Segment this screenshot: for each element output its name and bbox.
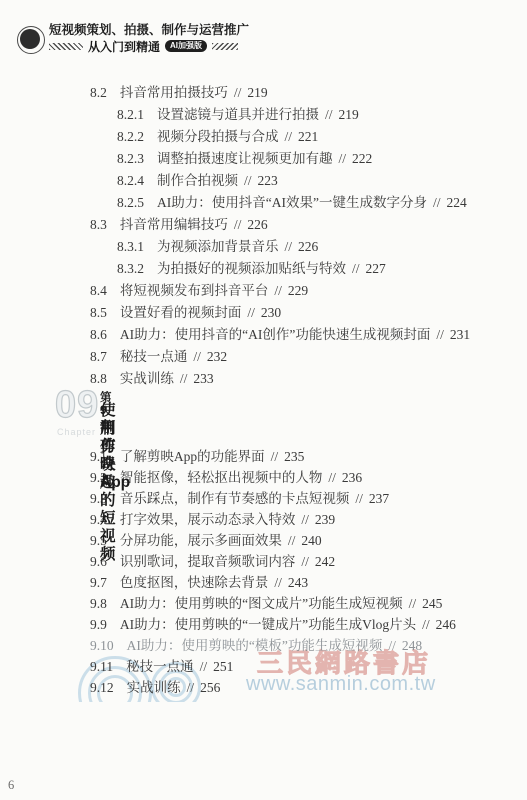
toc-entry-page: 226 (298, 239, 318, 254)
toc-entry-page: 243 (288, 575, 308, 590)
toc-entry-title: 识别歌词，提取音频歌词内容 (120, 554, 296, 569)
toc-entry-title: 设置好看的视频封面 (120, 305, 242, 320)
page-separator: // (355, 491, 363, 506)
toc-entry-title: 制作合拍视频 (157, 173, 238, 188)
toc-entry-number: 8.4 (90, 283, 107, 298)
toc-entry-title: 秘技一点通 (120, 349, 188, 364)
toc-entry-page: 237 (369, 491, 389, 506)
toc-entry-number: 9.9 (90, 617, 107, 632)
toc-row: 9.3音乐踩点，制作有节奏感的卡点短视频//237 (0, 488, 527, 509)
toc-row: 8.4将短视频发布到抖音平台//229 (0, 280, 527, 302)
toc-row: 9.9AI助力：使用剪映的“一键成片”功能生成Vlog片头//246 (0, 614, 527, 635)
toc-entry-page: 222 (352, 151, 372, 166)
toc-entry-page: 248 (402, 638, 422, 653)
page-separator: // (388, 638, 396, 653)
page-separator: // (200, 659, 208, 674)
toc-row: 9.6识别歌词，提取音频歌词内容//242 (0, 551, 527, 572)
toc-row: 8.5设置好看的视频封面//230 (0, 302, 527, 324)
toc-entry-title: 为视频添加背景音乐 (157, 239, 279, 254)
page-separator: // (409, 596, 417, 611)
toc-entry-number: 8.2.5 (117, 195, 144, 210)
toc-row: 8.2.4制作合拍视频//223 (0, 170, 527, 192)
toc-entry-title: 设置滤镜与道具并进行拍摄 (157, 107, 319, 122)
page-separator: // (180, 371, 188, 386)
toc-entry-page: 235 (284, 449, 304, 464)
page-separator: // (274, 575, 282, 590)
toc-entry-page: 223 (258, 173, 278, 188)
toc-row: 9.2智能抠像，轻松抠出视频中的人物//236 (0, 467, 527, 488)
page-separator: // (325, 107, 333, 122)
page-number: 6 (8, 778, 14, 793)
toc-entry-number: 8.2.2 (117, 129, 144, 144)
page-separator: // (274, 283, 282, 298)
toc-entry-number: 8.7 (90, 349, 107, 364)
book-logo-icon (17, 26, 45, 54)
toc-entry-title: AI助力：使用剪映的“模板”功能生成短视频 (127, 638, 383, 653)
toc-entry-page: 226 (247, 217, 267, 232)
page-separator: // (285, 239, 293, 254)
page-separator: // (187, 680, 195, 695)
toc-entry-title: 智能抠像，轻松抠出视频中的人物 (120, 470, 323, 485)
toc-entry-page: 219 (247, 85, 267, 100)
toc-row: 8.2.1设置滤镜与道具并进行拍摄//219 (0, 104, 527, 126)
toc-row: 8.7秘技一点通//232 (0, 346, 527, 368)
toc-entry-page: 246 (436, 617, 456, 632)
toc-row: 8.2.3调整拍摄速度让视频更加有趣//222 (0, 148, 527, 170)
page-separator: // (285, 129, 293, 144)
toc-entry-page: 224 (447, 195, 467, 210)
page-separator: // (422, 617, 430, 632)
toc-entry-title: 色度抠图，快速除去背景 (120, 575, 269, 590)
toc-section-9: 9.1了解剪映App的功能界面//2359.2智能抠像，轻松抠出视频中的人物//… (0, 446, 527, 698)
toc-entry-page: 230 (261, 305, 281, 320)
toc-row: 9.8AI助力：使用剪映的“图文成片”功能生成短视频//245 (0, 593, 527, 614)
toc-row: 9.10AI助力：使用剪映的“模板”功能生成短视频//248 (0, 635, 527, 656)
chapter-number-large: 09 (55, 386, 99, 424)
toc-entry-number: 8.6 (90, 327, 107, 342)
toc-entry-page: 240 (301, 533, 321, 548)
toc-section-8: 8.2抖音常用拍摄技巧//2198.2.1设置滤镜与道具并进行拍摄//2198.… (0, 82, 527, 390)
page-separator: // (244, 173, 252, 188)
toc-entry-title: 将短视频发布到抖音平台 (120, 283, 269, 298)
toc-row: 8.2.5AI助力：使用抖音“AI效果”一键生成数字分身//224 (0, 192, 527, 214)
hatch-left-decoration (49, 43, 83, 50)
toc-row: 8.2.2视频分段拍摄与合成//221 (0, 126, 527, 148)
ai-edition-badge: AI加强版 (165, 40, 207, 52)
chapter-title-line2: 制作奇趣的短视频 (100, 420, 116, 564)
page-separator: // (433, 195, 441, 210)
toc-entry-title: 音乐踩点，制作有节奏感的卡点短视频 (120, 491, 350, 506)
toc-entry-number: 8.3.2 (117, 261, 144, 276)
toc-row: 8.3.1为视频添加背景音乐//226 (0, 236, 527, 258)
toc-entry-number: 9.8 (90, 596, 107, 611)
toc-entry-title: 了解剪映App的功能界面 (120, 449, 265, 464)
toc-entry-page: 256 (200, 680, 220, 695)
toc-entry-number: 8.2.3 (117, 151, 144, 166)
toc-entry-title: AI助力：使用抖音的“AI创作”功能快速生成视频封面 (120, 327, 430, 342)
toc-entry-page: 229 (288, 283, 308, 298)
toc-row: 9.5分屏功能，展示多画面效果//240 (0, 530, 527, 551)
toc-entry-number: 8.5 (90, 305, 107, 320)
toc-entry-page: 245 (422, 596, 442, 611)
toc-entry-number: 9.12 (90, 680, 114, 695)
toc-entry-title: AI助力：使用抖音“AI效果”一键生成数字分身 (157, 195, 427, 210)
page-separator: // (193, 349, 201, 364)
toc-entry-page: 232 (207, 349, 227, 364)
toc-entry-title: AI助力：使用剪映的“图文成片”功能生成短视频 (120, 596, 403, 611)
page-separator: // (301, 554, 309, 569)
book-header: 短视频策划、拍摄、制作与运营推广 从入门到精通 AI加强版 (17, 22, 249, 53)
toc-entry-title: 实战训练 (127, 680, 181, 695)
page-separator: // (234, 85, 242, 100)
toc-entry-number: 9.11 (90, 659, 113, 674)
toc-entry-title: 视频分段拍摄与合成 (157, 129, 279, 144)
toc-entry-page: 233 (193, 371, 213, 386)
toc-entry-page: 242 (315, 554, 335, 569)
page-separator: // (339, 151, 347, 166)
toc-entry-page: 236 (342, 470, 362, 485)
toc-entry-title: 抖音常用编辑技巧 (120, 217, 228, 232)
page-separator: // (328, 470, 336, 485)
toc-entry-page: 227 (366, 261, 386, 276)
toc-entry-title: 调整拍摄速度让视频更加有趣 (157, 151, 333, 166)
book-subtitle: 从入门到精通 (88, 38, 160, 55)
toc-entry-number: 8.3.1 (117, 239, 144, 254)
toc-row: 8.6AI助力：使用抖音的“AI创作”功能快速生成视频封面//231 (0, 324, 527, 346)
page-separator: // (234, 217, 242, 232)
toc-entry-page: 251 (213, 659, 233, 674)
toc-entry-title: AI助力：使用剪映的“一键成片”功能生成Vlog片头 (120, 617, 416, 632)
toc-row: 9.12实战训练//256 (0, 677, 527, 698)
toc-row: 9.1了解剪映App的功能界面//235 (0, 446, 527, 467)
page-separator: // (288, 533, 296, 548)
page-separator: // (352, 261, 360, 276)
hatch-right-decoration (212, 43, 238, 50)
toc-entry-number: 9.10 (90, 638, 114, 653)
toc-row: 9.11秘技一点通//251 (0, 656, 527, 677)
book-title: 短视频策划、拍摄、制作与运营推广 (49, 22, 249, 38)
toc-row: 9.4打字效果，展示动态录入特效//239 (0, 509, 527, 530)
toc-entry-page: 221 (298, 129, 318, 144)
toc-entry-title: 为拍摄好的视频添加贴纸与特效 (157, 261, 346, 276)
page-separator: // (271, 449, 279, 464)
toc-entry-title: 分屏功能，展示多画面效果 (120, 533, 282, 548)
chapter-word: Chapter (57, 427, 96, 437)
toc-entry-number: 9.7 (90, 575, 107, 590)
toc-entry-number: 8.2.1 (117, 107, 144, 122)
toc-entry-page: 219 (339, 107, 359, 122)
toc-entry-number: 8.2.4 (117, 173, 144, 188)
toc-entry-title: 秘技一点通 (126, 659, 194, 674)
toc-entry-number: 8.2 (90, 85, 107, 100)
page-separator: // (247, 305, 255, 320)
page-separator: // (436, 327, 444, 342)
toc-row: 8.3.2为拍摄好的视频添加贴纸与特效//227 (0, 258, 527, 280)
toc-row: 8.2抖音常用拍摄技巧//219 (0, 82, 527, 104)
toc-entry-title: 抖音常用拍摄技巧 (120, 85, 228, 100)
toc-entry-title: 打字效果，展示动态录入特效 (120, 512, 296, 527)
toc-row: 9.7色度抠图，快速除去背景//243 (0, 572, 527, 593)
toc-row: 8.3抖音常用编辑技巧//226 (0, 214, 527, 236)
page-separator: // (301, 512, 309, 527)
toc-entry-page: 239 (315, 512, 335, 527)
toc-entry-page: 231 (450, 327, 470, 342)
toc-entry-number: 8.3 (90, 217, 107, 232)
toc-entry-title: 实战训练 (120, 371, 174, 386)
